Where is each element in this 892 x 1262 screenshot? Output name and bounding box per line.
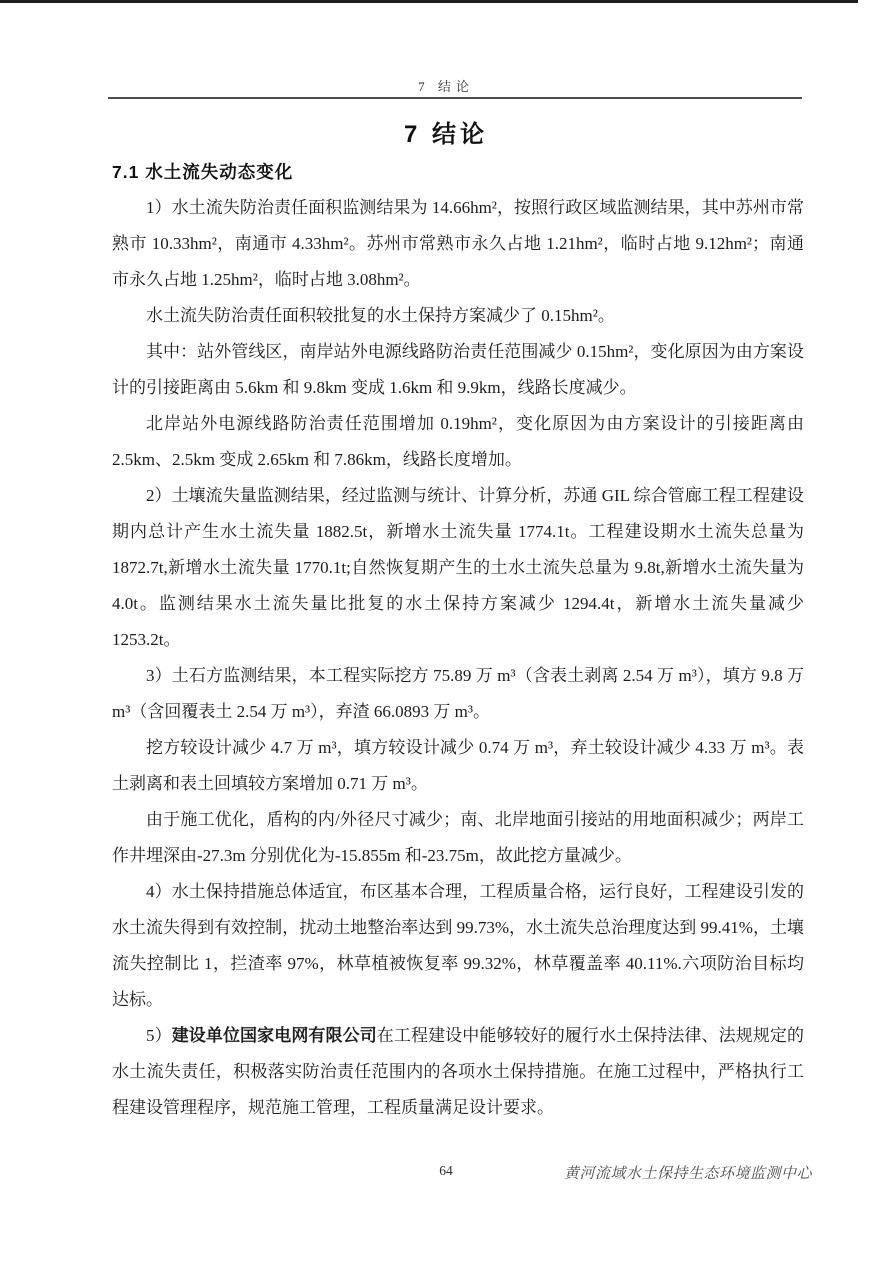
header-rule bbox=[108, 97, 802, 99]
paragraph-5: 2）土壤流失量监测结果，经过监测与统计、计算分析，苏通 GIL 综合管廊工程工程… bbox=[112, 478, 804, 658]
paragraph-4: 北岸站外电源线路防治责任范围增加 0.19hm²，变化原因为由方案设计的引接距离… bbox=[112, 406, 804, 478]
paragraph-6: 3）土石方监测结果，本工程实际挖方 75.89 万 m³（含表土剥离 2.54 … bbox=[112, 658, 804, 730]
paragraph-2: 水土流失防治责任面积较批复的水土保持方案减少了 0.15hm²。 bbox=[112, 298, 804, 334]
section-heading: 7.1 水土流失动态变化 bbox=[112, 159, 804, 184]
paragraph-10-bold-segment: 建设单位国家电网有限公司 bbox=[172, 1026, 377, 1045]
paragraph-10-prefix: 5） bbox=[146, 1026, 172, 1045]
paragraph-1: 1）水土流失防治责任面积监测结果为 14.66hm²，按照行政区域监测结果，其中… bbox=[112, 190, 804, 298]
paragraph-10: 5）建设单位国家电网有限公司在工程建设中能够较好的履行水土保持法律、法规规定的水… bbox=[112, 1018, 804, 1126]
paragraph-9: 4）水土保持措施总体适宜，布区基本合理，工程质量合格，运行良好，工程建设引发的水… bbox=[112, 874, 804, 1018]
running-header-title: 7 结论 bbox=[0, 76, 892, 95]
document-body: 7.1 水土流失动态变化 1）水土流失防治责任面积监测结果为 14.66hm²，… bbox=[112, 159, 804, 1126]
paragraph-3: 其中：站外管线区，南岸站外电源线路防治责任范围减少 0.15hm²，变化原因为由… bbox=[112, 334, 804, 406]
paragraph-8: 由于施工优化，盾构的内/外径尺寸减少；南、北岸地面引接站的用地面积减少；两岸工作… bbox=[112, 802, 804, 874]
chapter-title: 7 结论 bbox=[0, 114, 892, 149]
page-top-edge bbox=[0, 0, 858, 3]
paragraph-7: 挖方较设计减少 4.7 万 m³，填方较设计减少 0.74 万 m³，弃土较设计… bbox=[112, 730, 804, 802]
footer-organization: 黄河流域水土保持生态环境监测中心 bbox=[564, 1162, 812, 1183]
